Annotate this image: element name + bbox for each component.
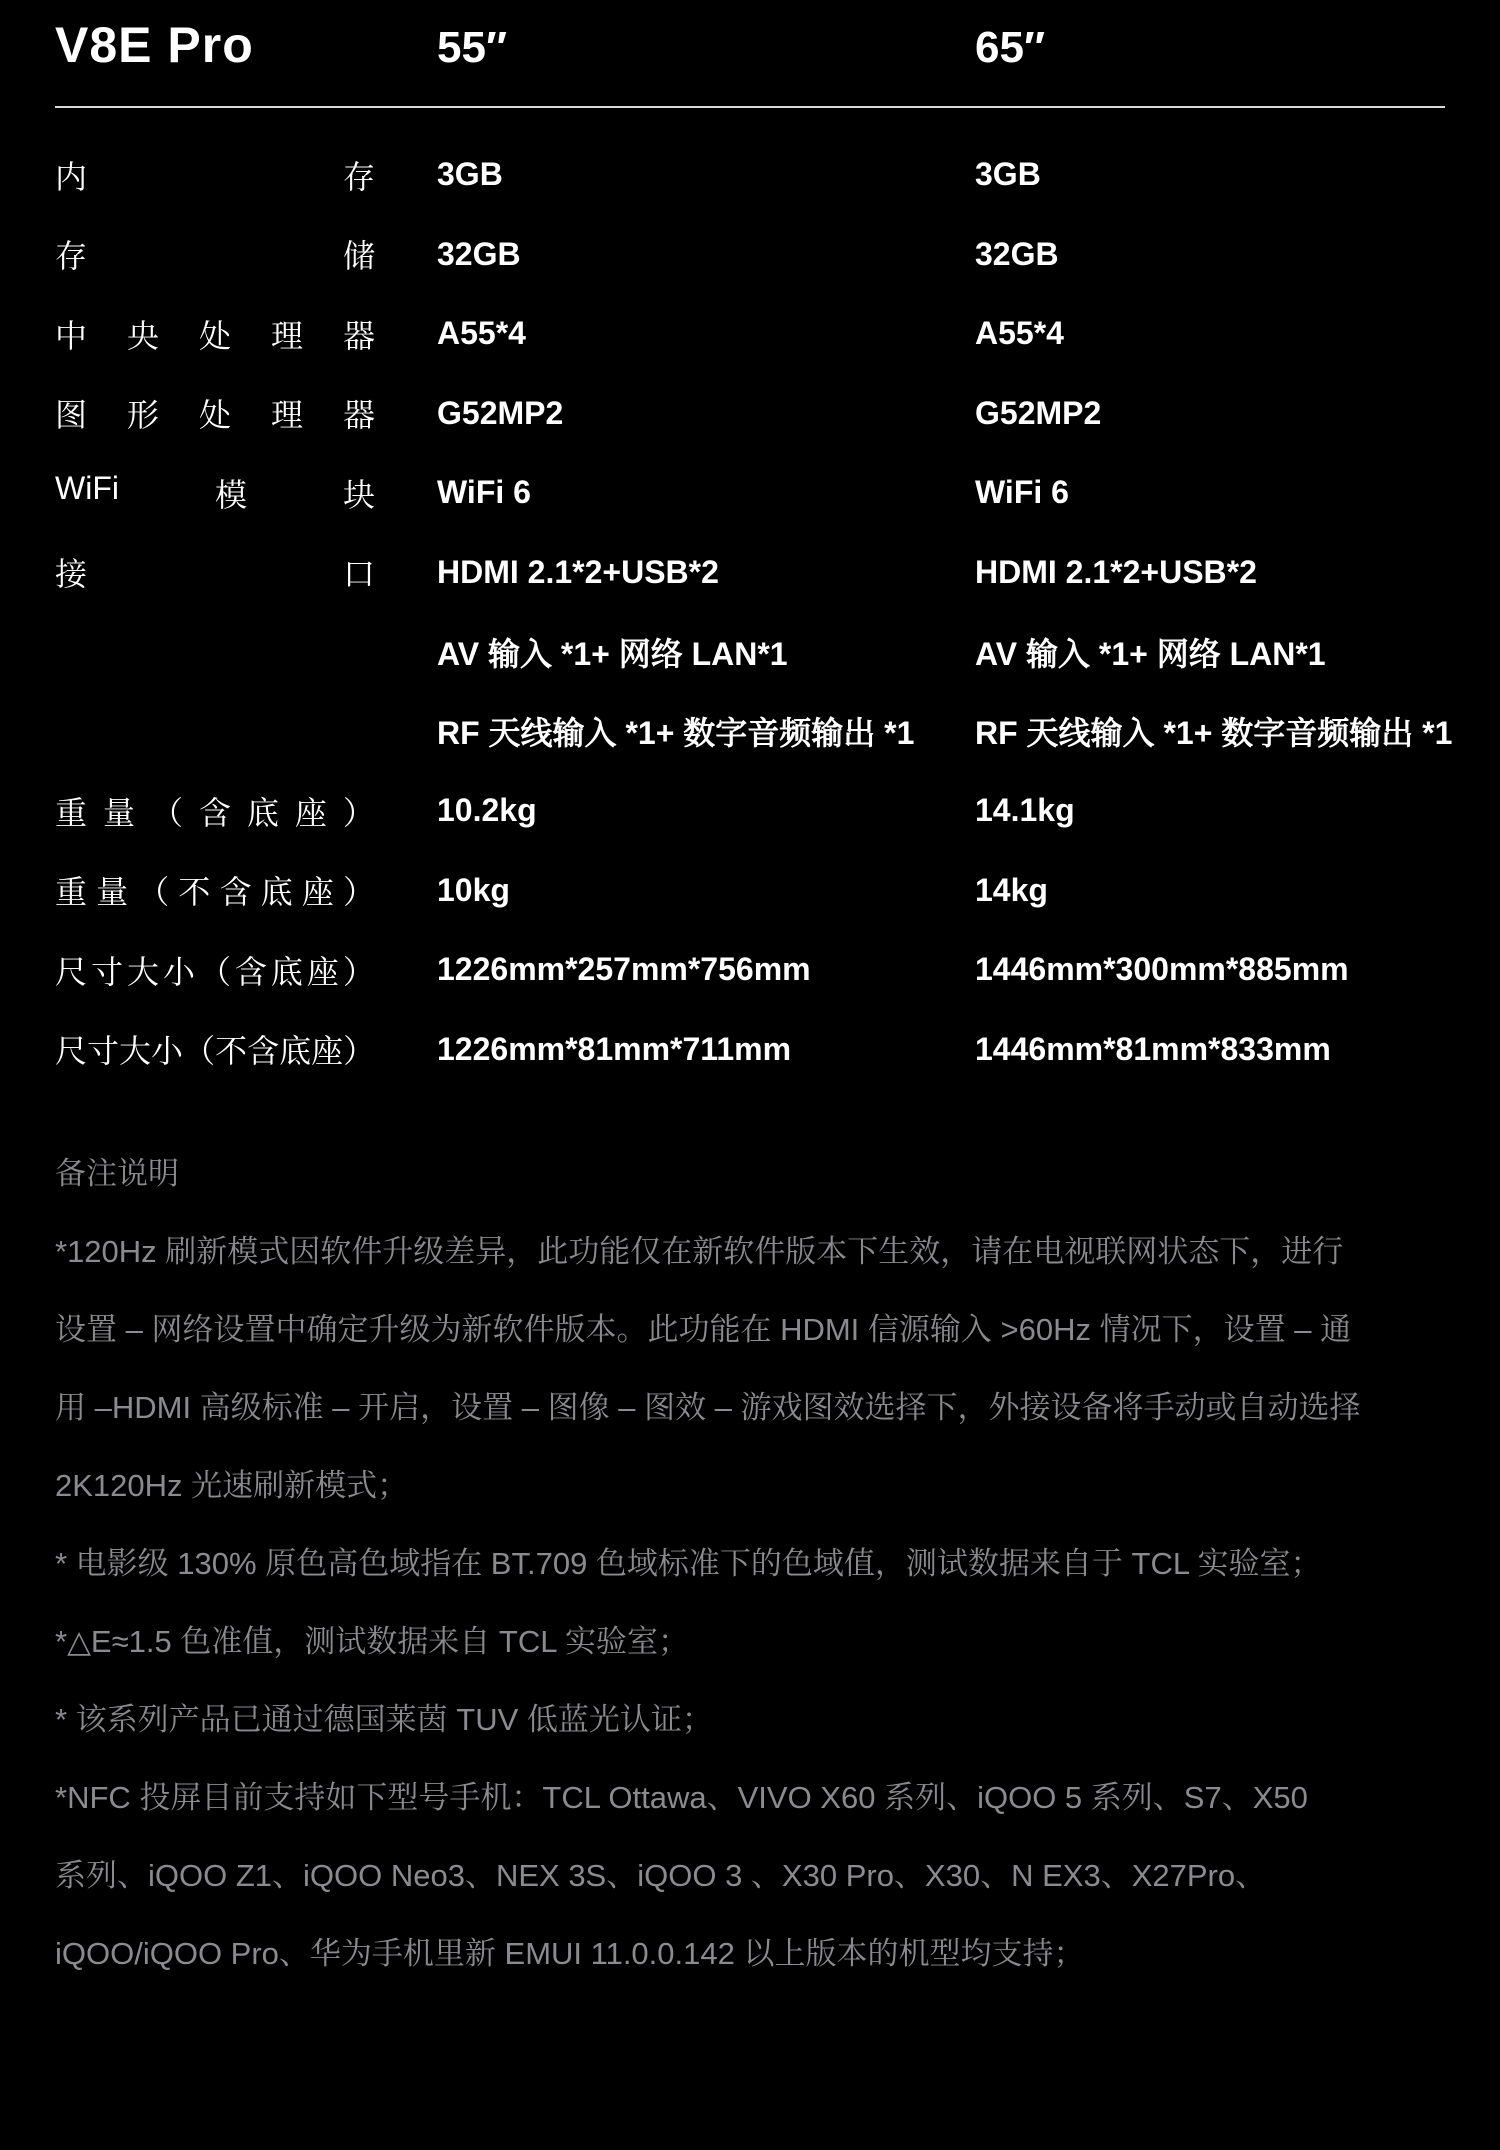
spec-value-55: 1226mm*81mm*711mm: [437, 1031, 975, 1068]
spec-label-token: ）: [343, 947, 375, 993]
spec-label-token: 寸: [91, 947, 123, 993]
note-line: 系列、iQOO Z1、iQOO Neo3、NEX 3S、iQOO 3 、X30 …: [55, 1833, 1445, 1911]
spec-label-token: 小: [163, 947, 195, 993]
spec-label-token: 重: [55, 867, 87, 913]
spec-value-65: G52MP2: [975, 395, 1445, 432]
spec-value-55: RF 天线输入 *1+ 数字音频输出 *1: [437, 708, 975, 754]
spec-label-token: 寸: [87, 1026, 119, 1072]
spec-label-token: ）: [343, 867, 375, 913]
size-column-65: 65″: [975, 23, 1445, 73]
spec-label-token: 底: [279, 1026, 311, 1072]
spec-label: 尺寸大小（不含底座）: [55, 1026, 375, 1072]
spec-label-token: 器: [343, 390, 375, 436]
spec-label-token: 图: [55, 390, 87, 436]
spec-label-token: 央: [127, 311, 159, 357]
spec-value-55: 1226mm*257mm*756mm: [437, 951, 975, 988]
spec-label-token: WiFi: [55, 470, 119, 516]
spec-label-token: 内: [55, 152, 87, 198]
spec-label-token: 理: [271, 390, 303, 436]
spec-value-65: AV 输入 *1+ 网络 LAN*1: [975, 629, 1445, 675]
spec-value-55: AV 输入 *1+ 网络 LAN*1: [437, 629, 975, 675]
spec-value-65: WiFi 6: [975, 474, 1445, 511]
spec-label-token: 存: [343, 152, 375, 198]
spec-row: 重量（不含底座）10kg14kg: [55, 851, 1445, 931]
spec-value-65: A55*4: [975, 315, 1445, 352]
spec-row: 尺寸大小（不含底座）1226mm*81mm*711mm1446mm*81mm*8…: [55, 1010, 1445, 1090]
spec-label: 重量（不含底座）: [55, 867, 375, 913]
spec-label-token: 处: [199, 311, 231, 357]
spec-label-token: 底: [271, 947, 303, 993]
spec-label-token: 大: [127, 947, 159, 993]
spec-row: 尺寸大小（含底座）1226mm*257mm*756mm1446mm*300mm*…: [55, 930, 1445, 1010]
spec-label-token: 含: [199, 788, 231, 834]
spec-label: WiFi模块: [55, 470, 375, 516]
spec-row: 中央处理器A55*4A55*4: [55, 294, 1445, 374]
spec-label-token: 量: [103, 788, 135, 834]
note-line: * 该系列产品已通过德国莱茵 TUV 低蓝光认证；: [55, 1677, 1445, 1755]
spec-label-token: ）: [343, 788, 375, 834]
spec-label-token: 座: [307, 947, 339, 993]
spec-label-token: 尺: [55, 947, 87, 993]
spec-value-65: HDMI 2.1*2+USB*2: [975, 554, 1445, 591]
spec-label-token: （: [151, 788, 183, 834]
spec-label-token: 不: [178, 867, 210, 913]
spec-label: 图形处理器: [55, 390, 375, 436]
spec-label-token: 小: [151, 1026, 183, 1072]
spec-label-token: 存: [55, 231, 87, 277]
spec-label-token: 中: [55, 311, 87, 357]
spec-value-55: A55*4: [437, 315, 975, 352]
note-line: 设置 – 网络设置中确定升级为新软件版本。此功能在 HDMI 信源输入 >60H…: [55, 1287, 1445, 1365]
spec-label-token: 器: [343, 311, 375, 357]
spec-label-token: 座: [295, 788, 327, 834]
spec-label: 接口: [55, 549, 375, 595]
spec-label-token: 储: [343, 231, 375, 277]
note-line: 2K120Hz 光速刷新模式；: [55, 1443, 1445, 1521]
spec-row: 图形处理器G52MP2G52MP2: [55, 374, 1445, 454]
spec-label: 尺寸大小（含底座）: [55, 947, 375, 993]
notes-lines: *120Hz 刷新模式因软件升级差异，此功能仅在新软件版本下生效，请在电视联网状…: [55, 1209, 1445, 1989]
spec-table: 内存3GB3GB存储32GB32GB中央处理器A55*4A55*4图形处理器G5…: [55, 108, 1445, 1089]
spec-row: 内存3GB3GB: [55, 135, 1445, 215]
spec-value-55: 32GB: [437, 236, 975, 273]
spec-label-token: 量: [96, 867, 128, 913]
spec-value-65: 1446mm*300mm*885mm: [975, 951, 1445, 988]
spec-value-55: WiFi 6: [437, 474, 975, 511]
spec-value-55: 3GB: [437, 156, 975, 193]
notes-title: 备注说明: [55, 1131, 1445, 1209]
note-line: *120Hz 刷新模式因软件升级差异，此功能仅在新软件版本下生效，请在电视联网状…: [55, 1209, 1445, 1287]
spec-label-token: ）: [343, 1026, 375, 1072]
note-line: 用 –HDMI 高级标准 – 开启，设置 – 图像 – 图效 – 游戏图效选择下…: [55, 1365, 1445, 1443]
spec-label-token: （: [183, 1026, 215, 1072]
spec-label-token: 理: [271, 311, 303, 357]
spec-row: WiFi模块WiFi 6WiFi 6: [55, 453, 1445, 533]
spec-value-65: 14.1kg: [975, 792, 1445, 829]
spec-label-token: 含: [235, 947, 267, 993]
spec-label-token: 大: [119, 1026, 151, 1072]
spec-label-token: 含: [247, 1026, 279, 1072]
spec-label-token: 形: [127, 390, 159, 436]
spec-label-token: 块: [343, 470, 375, 516]
spec-row: 接口HDMI 2.1*2+USB*2HDMI 2.1*2+USB*2: [55, 533, 1445, 613]
spec-value-65: 1446mm*81mm*833mm: [975, 1031, 1445, 1068]
spec-label-token: 含: [220, 867, 252, 913]
spec-label-token: （: [199, 947, 231, 993]
page-root: V8E Pro 55″ 65″ 内存3GB3GB存储32GB32GB中央处理器A…: [0, 0, 1500, 1989]
note-line: *NFC 投屏目前支持如下型号手机：TCL Ottawa、VIVO X60 系列…: [55, 1755, 1445, 1833]
spec-label-token: （: [137, 867, 169, 913]
spec-label-token: 重: [55, 788, 87, 834]
spec-label-token: 接: [55, 549, 87, 595]
spec-label-token: 尺: [55, 1026, 87, 1072]
spec-value-55: 10kg: [437, 872, 975, 909]
note-line: * 电影级 130% 原色高色域指在 BT.709 色域标准下的色域值，测试数据…: [55, 1521, 1445, 1599]
spec-row: 存储32GB32GB: [55, 215, 1445, 295]
spec-row: RF 天线输入 *1+ 数字音频输出 *1RF 天线输入 *1+ 数字音频输出 …: [55, 692, 1445, 772]
spec-value-55: G52MP2: [437, 395, 975, 432]
spec-value-65: 3GB: [975, 156, 1445, 193]
spec-label-token: 座: [302, 867, 334, 913]
size-column-55: 55″: [437, 23, 975, 73]
spec-value-55: HDMI 2.1*2+USB*2: [437, 554, 975, 591]
spec-value-65: RF 天线输入 *1+ 数字音频输出 *1: [975, 708, 1452, 754]
spec-label: 重量（含底座）: [55, 788, 375, 834]
spec-label: 存储: [55, 231, 375, 277]
spec-label-token: 底: [247, 788, 279, 834]
note-line: *△E≈1.5 色准值，测试数据来自 TCL 实验室；: [55, 1599, 1445, 1677]
spec-label-token: 不: [215, 1026, 247, 1072]
product-title: V8E Pro: [55, 16, 437, 74]
spec-label-token: 座: [311, 1026, 343, 1072]
note-line: iQOO/iQOO Pro、华为手机里新 EMUI 11.0.0.142 以上版…: [55, 1911, 1445, 1989]
spec-label-token: 处: [199, 390, 231, 436]
spec-label: 内存: [55, 152, 375, 198]
notes-section: 备注说明 *120Hz 刷新模式因软件升级差异，此功能仅在新软件版本下生效，请在…: [55, 1131, 1445, 1989]
spec-value-55: 10.2kg: [437, 792, 975, 829]
spec-label: 中央处理器: [55, 311, 375, 357]
spec-label-token: 底: [261, 867, 293, 913]
spec-row: AV 输入 *1+ 网络 LAN*1AV 输入 *1+ 网络 LAN*1: [55, 612, 1445, 692]
spec-value-65: 32GB: [975, 236, 1445, 273]
spec-label-token: 模: [215, 470, 247, 516]
spec-label-token: 口: [343, 549, 375, 595]
spec-value-65: 14kg: [975, 872, 1445, 909]
spec-row: 重量（含底座）10.2kg14.1kg: [55, 771, 1445, 851]
spec-header: V8E Pro 55″ 65″: [55, 0, 1445, 108]
